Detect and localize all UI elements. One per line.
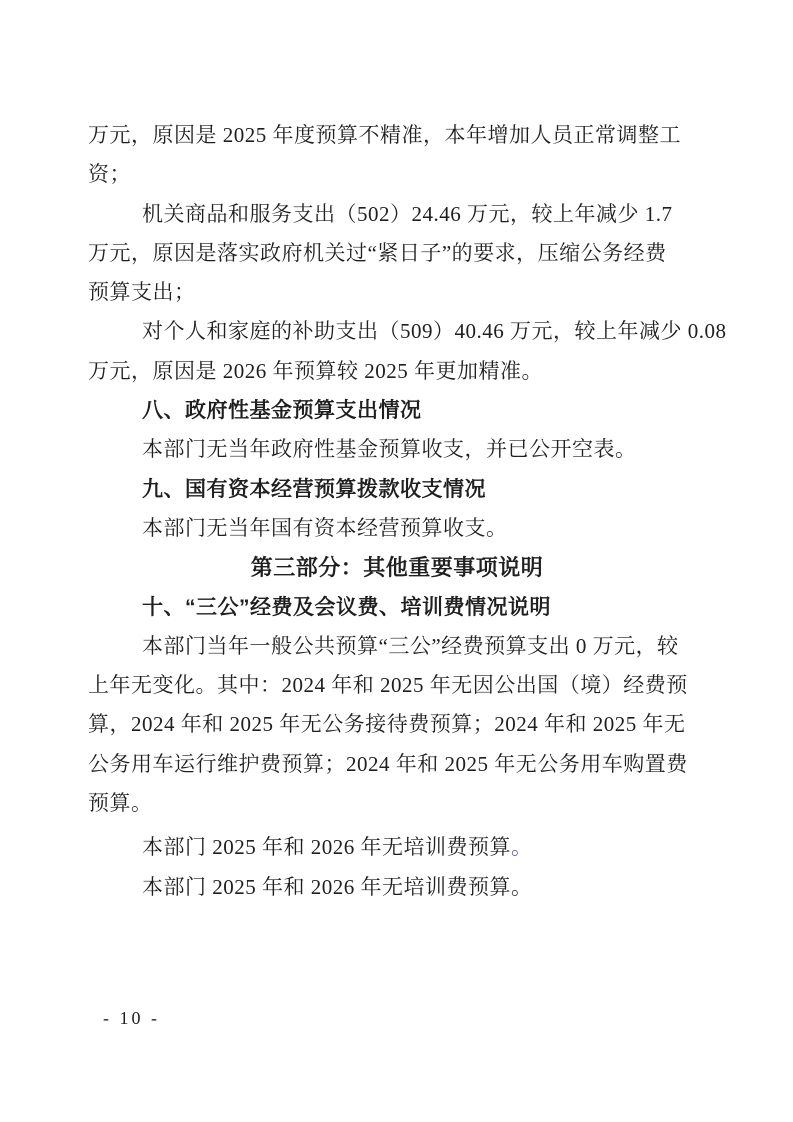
body-line-text: 本部门 2025 年和 2026 年无培训费预算	[142, 835, 511, 859]
body-line: 算，2024 年和 2025 年无公务接待费预算；2024 年和 2025 年无	[88, 705, 706, 744]
page-number: - 10 -	[103, 1008, 160, 1029]
body-line: 万元，原因是落实政府机关过“紧日子”的要求，压缩公务经费	[88, 234, 706, 273]
body-line: 本部门无当年国有资本经营预算收支。	[88, 509, 706, 548]
document-page: 万元，原因是 2025 年度预算不精准，本年增加人员正常调整工 资； 机关商品和…	[0, 0, 793, 1122]
body-line: 机关商品和服务支出（502）24.46 万元，较上年减少 1.7	[88, 195, 706, 234]
body-line: 公务用车运行维护费预算；2024 年和 2025 年无公务用车购置费	[88, 745, 706, 784]
body-line: 预算支出；	[88, 273, 706, 312]
body-line: 本部门当年一般公共预算“三公”经费预算支出 0 万元，较	[88, 627, 706, 666]
section-heading-9: 九、国有资本经营预算拨款收支情况	[88, 470, 706, 509]
section-heading-10: 十、“三公”经费及会议费、培训费情况说明	[88, 588, 706, 627]
body-line: 万元，原因是 2026 年预算较 2025 年更加精准。	[88, 352, 706, 391]
part-three-heading: 第三部分：其他重要事项说明	[88, 548, 706, 587]
body-line: 对个人和家庭的补助支出（509）40.46 万元，较上年减少 0.08	[88, 312, 706, 351]
body-line: 本部门 2025 年和 2026 年无培训费预算。	[88, 868, 706, 907]
body-line: 预算。	[88, 784, 706, 823]
body-line: 本部门无当年政府性基金预算收支，并已公开空表。	[88, 430, 706, 469]
body-line: 资；	[88, 155, 706, 194]
body-line: 上年无变化。其中：2024 年和 2025 年无因公出国（境）经费预	[88, 666, 706, 705]
section-heading-8: 八、政府性基金预算支出情况	[88, 391, 706, 430]
body-line: 万元，原因是 2025 年度预算不精准，本年增加人员正常调整工	[88, 116, 706, 155]
document-text-block: 万元，原因是 2025 年度预算不精准，本年增加人员正常调整工 资； 机关商品和…	[88, 116, 706, 907]
body-line: 本部门 2025 年和 2026 年无培训费预算。	[88, 828, 706, 867]
blue-period-glyph: 。	[511, 835, 533, 859]
